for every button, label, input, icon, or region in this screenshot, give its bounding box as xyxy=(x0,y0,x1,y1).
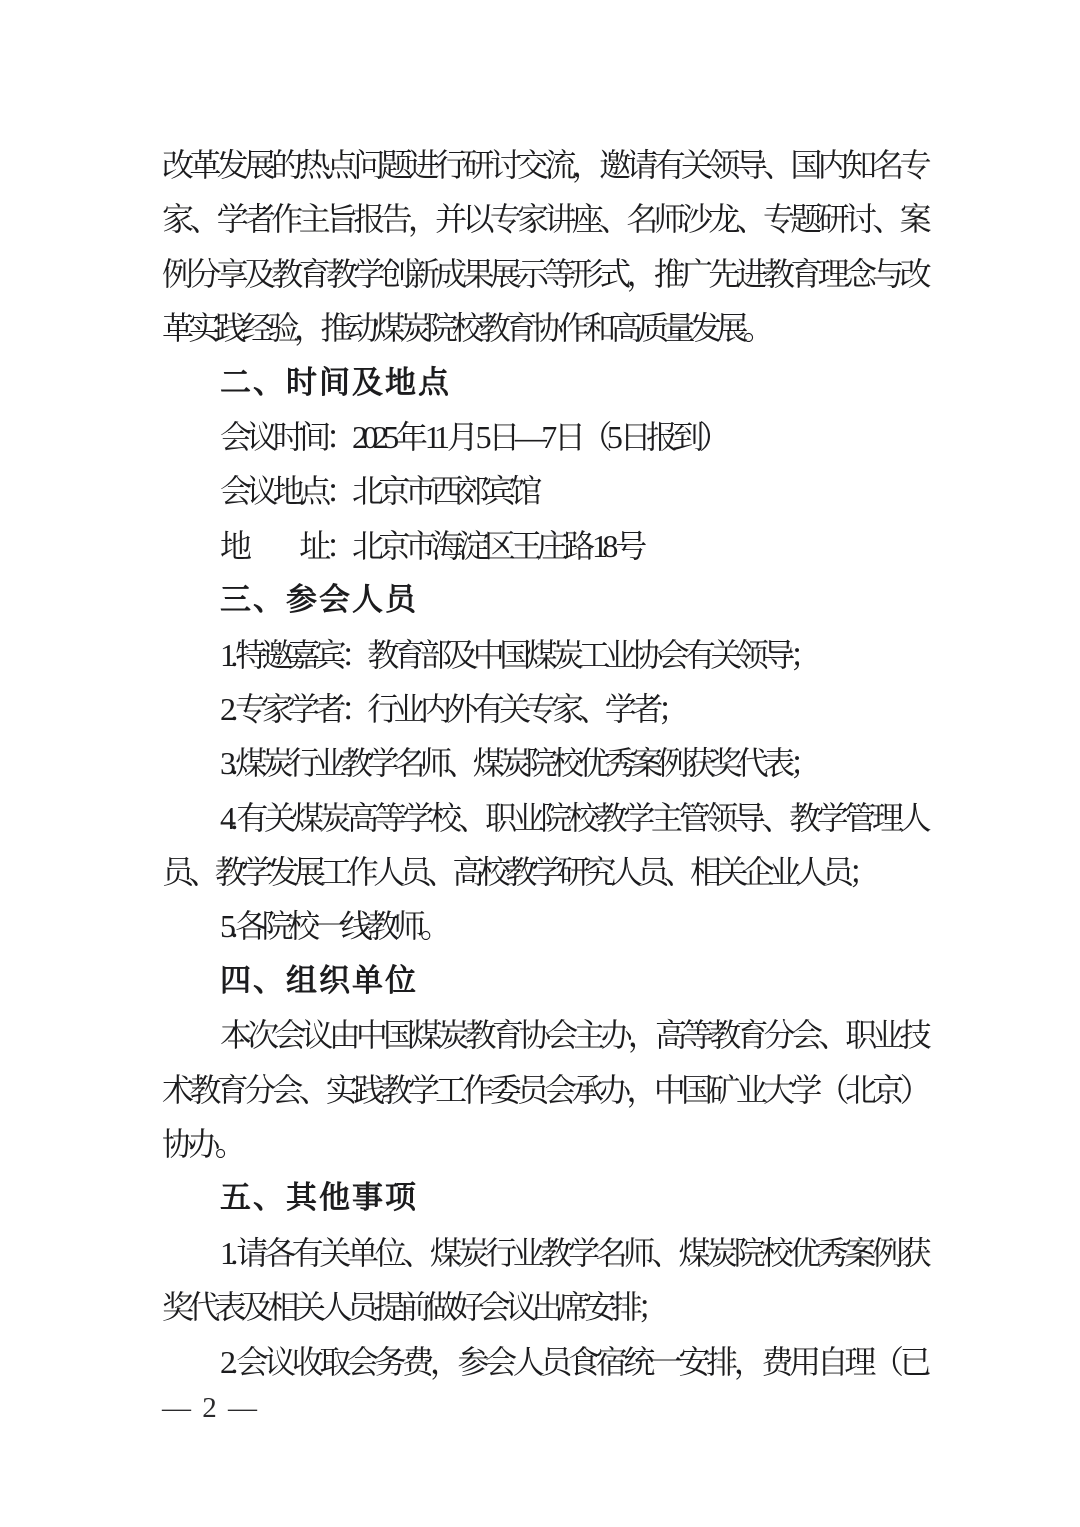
page-number: — 2 — xyxy=(162,1392,259,1425)
text-line: 2. 专家学者：行业内外有关专家、学者； xyxy=(162,682,926,736)
text-line: 家、学者作主旨报告，并以专家讲座、名师沙龙、专题研讨、案 xyxy=(162,192,926,246)
section-heading: 五、其他事项 xyxy=(162,1171,926,1225)
document-page: 改革发展的热点问题进行研讨交流，邀请有关领导、国内知名专家、学者作主旨报告，并以… xyxy=(0,0,1080,1527)
text-line: 本次会议由中国煤炭教育协会主办，高等教育分会、职业技 xyxy=(162,1008,926,1062)
text-line: 革实践经验，推动煤炭院校教育协作和高质量发展。 xyxy=(162,301,926,355)
text-line: 4. 有关煤炭高等学校、职业院校教学主管领导、教学管理人 xyxy=(162,791,926,845)
text-line: 会议地点：北京市西郊宾馆 xyxy=(162,464,926,518)
text-line: 1. 请各有关单位、煤炭行业教学名师、煤炭院校优秀案例获 xyxy=(162,1226,926,1280)
text-line: 2. 会议收取会务费，参会人员食宿统一安排，费用自理（已 xyxy=(162,1335,926,1389)
text-line: 地 址：北京市海淀区王庄路 18 号 xyxy=(162,519,926,573)
text-line: 1. 特邀嘉宾：教育部及中国煤炭工业协会有关领导； xyxy=(162,628,926,682)
text-line: 改革发展的热点问题进行研讨交流，邀请有关领导、国内知名专 xyxy=(162,138,926,192)
text-line: 协办。 xyxy=(162,1117,926,1171)
text-line: 员、教学发展工作人员、高校教学研究人员、相关企业人员； xyxy=(162,845,926,899)
section-heading: 三、参会人员 xyxy=(162,573,926,627)
section-heading: 四、组织单位 xyxy=(162,954,926,1008)
text-line: 5. 各院校一线教师。 xyxy=(162,899,926,953)
text-line: 会议时间：2025 年 11 月 5 日—7 日（5 日报到） xyxy=(162,410,926,464)
text-line: 奖代表及相关人员提前做好会议出席安排； xyxy=(162,1280,926,1334)
section-heading: 二、时间及地点 xyxy=(162,356,926,410)
document-body: 改革发展的热点问题进行研讨交流，邀请有关领导、国内知名专家、学者作主旨报告，并以… xyxy=(162,0,926,1389)
text-line: 术教育分会、实践教学工作委员会承办，中国矿业大学（北京） xyxy=(162,1063,926,1117)
text-line: 例分享及教育教学创新成果展示等形式，推广先进教育理念与改 xyxy=(162,247,926,301)
text-line: 3. 煤炭行业教学名师、煤炭院校优秀案例获奖代表； xyxy=(162,736,926,790)
